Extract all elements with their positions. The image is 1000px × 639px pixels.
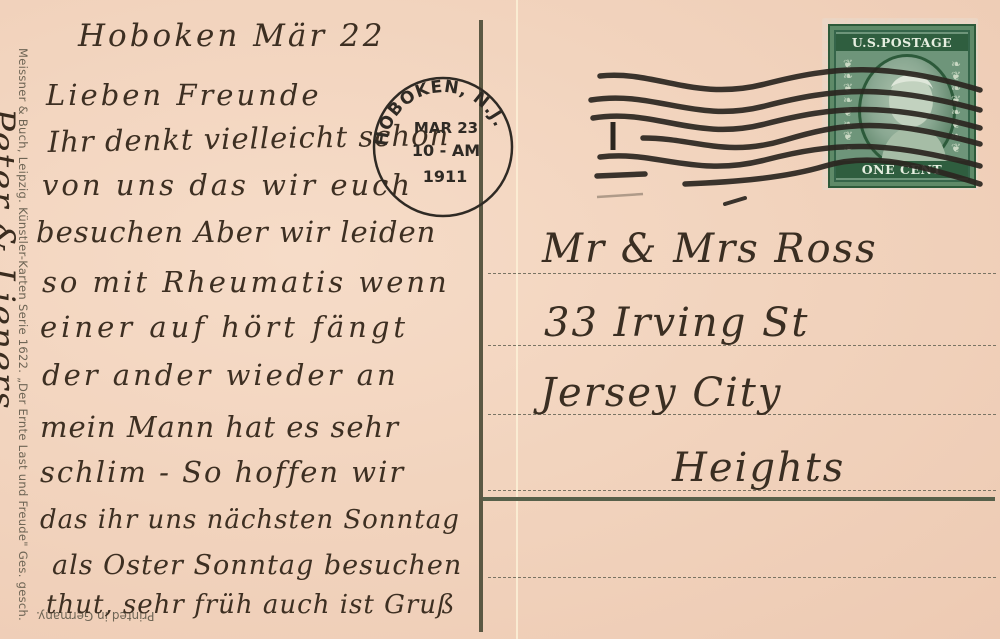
message-line: von uns das wir euch	[42, 168, 413, 202]
postmark-time: 10 - AM	[411, 141, 481, 160]
message-line: besuchen Aber wir leiden	[36, 215, 436, 249]
message-dateline: Hoboken Mär 22	[78, 18, 386, 54]
message-line: so mit Rheumatis wenn	[42, 265, 450, 299]
stamp-top-label: U.S.POSTAGE	[836, 34, 968, 51]
message-line: einer auf hört fängt	[40, 310, 409, 344]
postmark: HOBOKEN, N.J. MAR 23 10 - AM 1911	[371, 75, 515, 219]
address-rule-5	[488, 577, 996, 578]
postmark-year: 1911	[415, 167, 475, 186]
message-line: thut, sehr früh auch ist Gruß	[46, 590, 455, 620]
margin-signature: Peter & Lieners	[0, 108, 22, 411]
message-line: Lieben Freunde	[46, 78, 322, 112]
message-line: das ihr uns nächsten Sonntag	[40, 505, 460, 535]
address-line-street: 33 Irving St	[544, 300, 809, 346]
message-line: schlim - So hoffen wir	[40, 455, 405, 489]
postcard-back: Meissner & Buch, Leipzig. Künstler-Karte…	[0, 0, 1000, 639]
address-solid-rule	[483, 497, 995, 501]
address-line-name: Mr & Mrs Ross	[542, 226, 878, 272]
message-line: als Oster Sonntag besuchen	[52, 550, 462, 581]
address-line-district: Heights	[672, 445, 845, 491]
message-line: der ander wieder an	[42, 358, 399, 392]
address-line-city: Jersey City	[540, 370, 782, 416]
fold-line	[516, 0, 518, 639]
wavy-cancellation-icon	[585, 62, 985, 207]
postmark-date: MAR 23	[411, 119, 481, 137]
address-rule-1	[488, 273, 996, 274]
message-line: mein Mann hat es sehr	[40, 410, 399, 444]
